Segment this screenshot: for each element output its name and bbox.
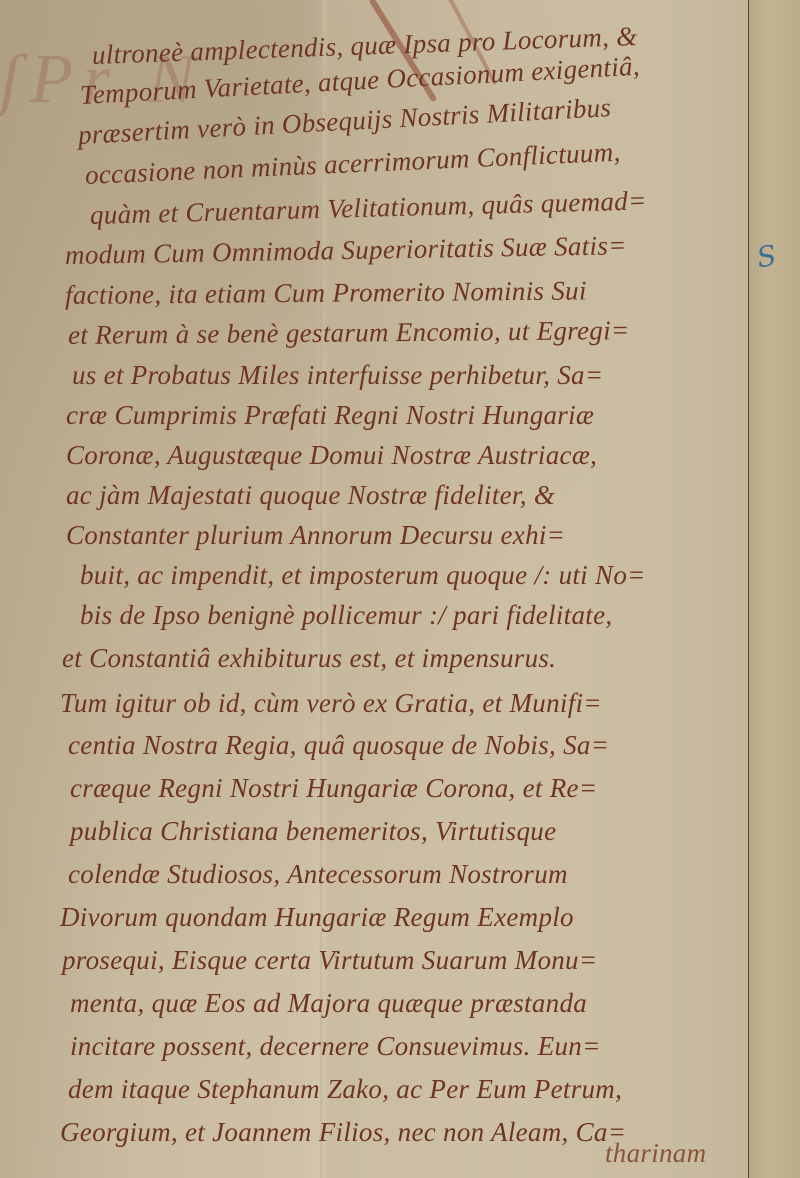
manuscript-line: cræque Regni Nostri Hungariæ Corona, et …: [70, 773, 597, 804]
manuscript-line: prosequi, Eisque certa Virtutum Suarum M…: [62, 945, 597, 976]
manuscript-line: factione, ita etiam Cum Promerito Nomini…: [65, 275, 587, 311]
manuscript-text: ultroneè amplectendis, quæ Ipsa pro Loco…: [0, 0, 760, 1178]
manuscript-line: bis de Ipso benignè pollicemur :/ pari f…: [80, 600, 612, 631]
manuscript-line: us et Probatus Miles interfuisse perhibe…: [72, 360, 603, 391]
manuscript-line: Coronæ, Augustæque Domui Nostræ Austriac…: [66, 440, 597, 471]
manuscript-line: dem itaque Stephanum Zako, ac Per Eum Pe…: [68, 1074, 622, 1105]
manuscript-line: publica Christiana benemeritos, Virtutis…: [70, 816, 556, 847]
manuscript-line: menta, quæ Eos ad Majora quæque præstand…: [70, 988, 587, 1019]
manuscript-line: Constanter plurium Annorum Decursu exhi=: [66, 520, 565, 551]
manuscript-line: modum Cum Omnimoda Superioritatis Suæ Sa…: [65, 230, 627, 271]
manuscript-line: cræ Cumprimis Præfati Regni Nostri Hunga…: [66, 400, 594, 431]
manuscript-line: Divorum quondam Hungariæ Regum Exemplo: [60, 902, 574, 933]
catchword: tharinam: [605, 1138, 706, 1169]
manuscript-line: et Rerum à se benè gestarum Encomio, ut …: [68, 315, 630, 351]
manuscript-line: centia Nostra Regia, quâ quosque de Nobi…: [68, 730, 609, 761]
manuscript-line: incitare possent, decernere Consuevimus.…: [70, 1031, 601, 1062]
manuscript-line: ac jàm Majestati quoque Nostræ fideliter…: [66, 480, 555, 511]
manuscript-line: buit, ac impendit, et imposterum quoque …: [80, 560, 646, 591]
manuscript-line: Georgium, et Joannem Filios, nec non Ale…: [60, 1117, 626, 1148]
manuscript-line: Tum igitur ob id, cùm verò ex Gratia, et…: [60, 688, 602, 719]
manuscript-line: et Constantiâ exhibiturus est, et impens…: [62, 643, 556, 674]
manuscript-line: colendæ Studiosos, Antecessorum Nostroru…: [68, 859, 568, 890]
manuscript-line: quàm et Cruentarum Velitationum, quâs qu…: [90, 185, 647, 231]
